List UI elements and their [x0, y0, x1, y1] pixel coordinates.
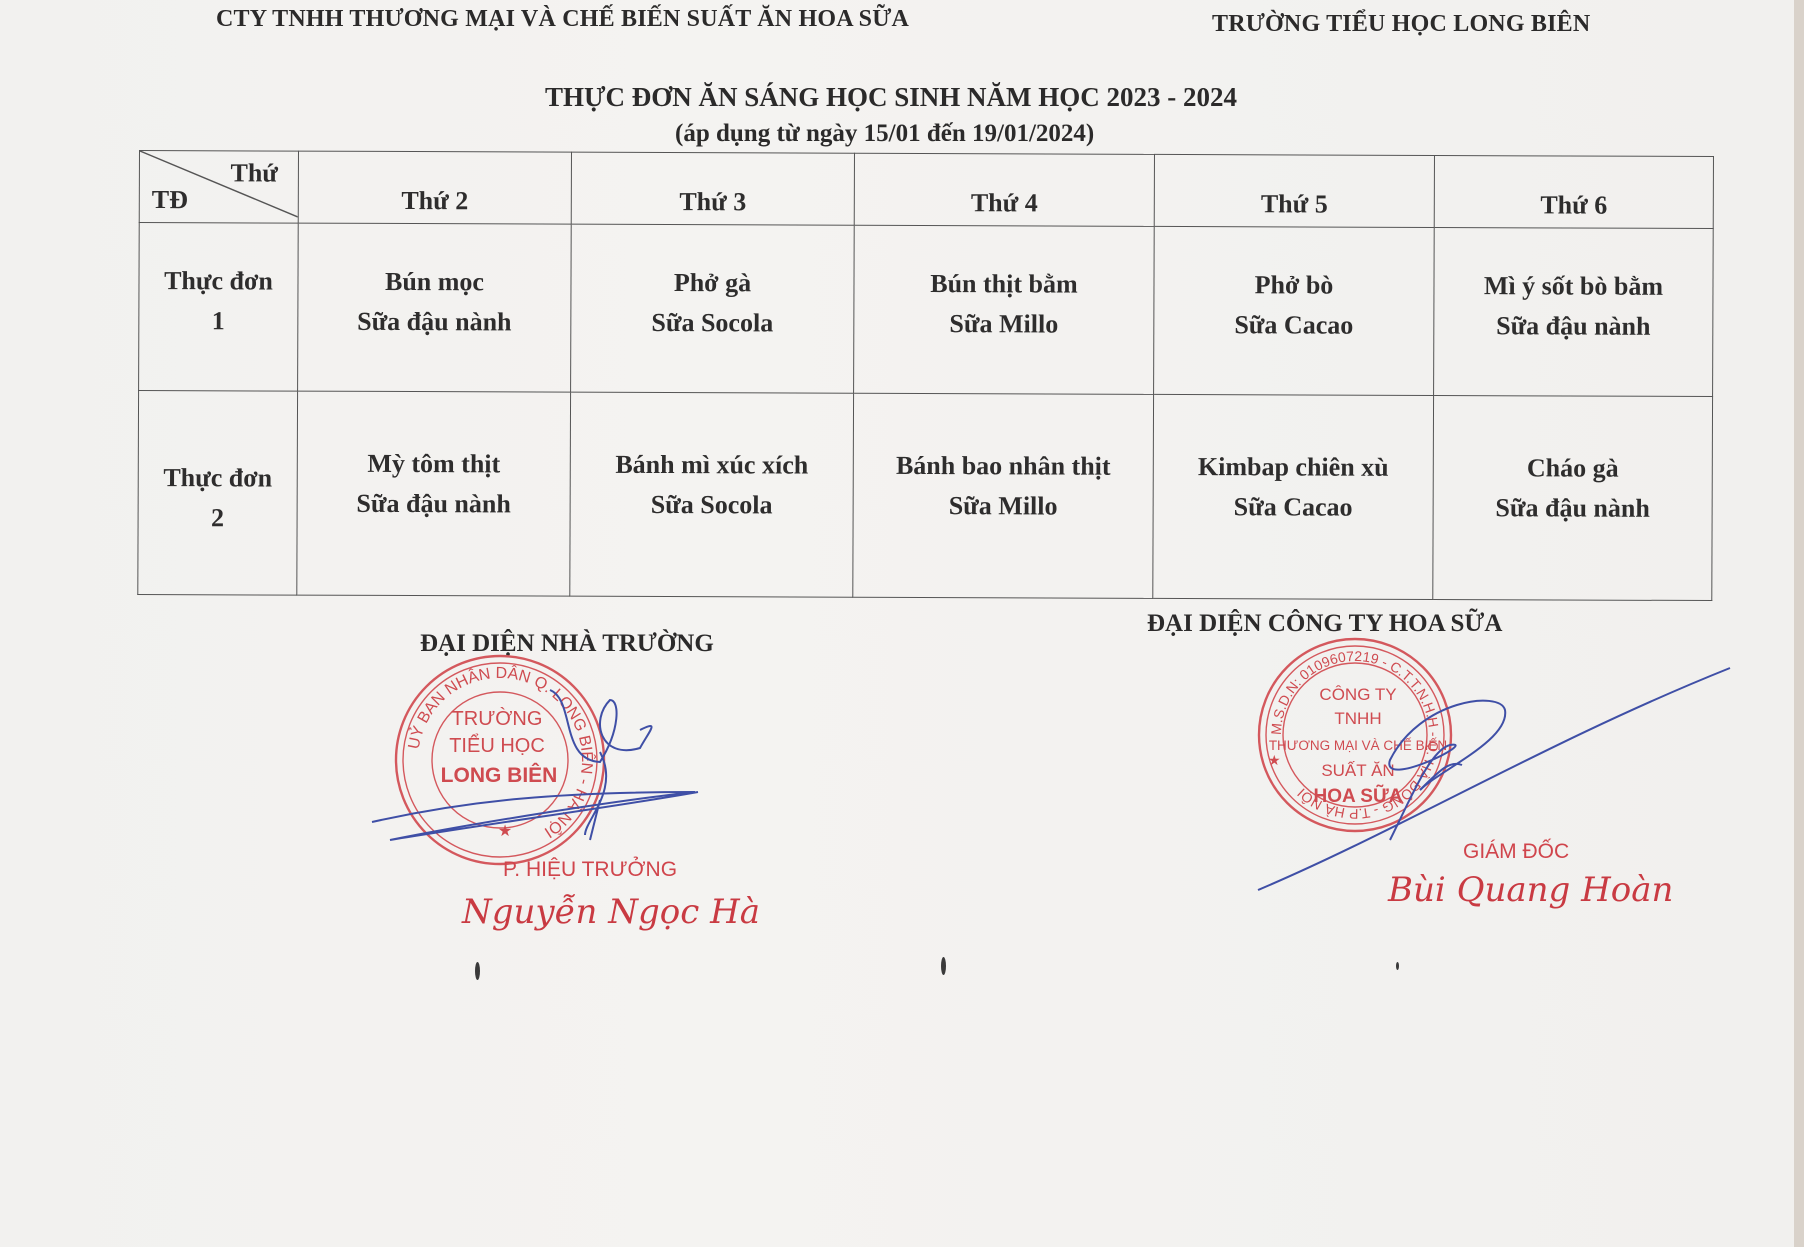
svg-text:TNHH: TNHH: [1334, 709, 1381, 728]
school-signer-name: Nguyễn Ngọc Hà: [462, 892, 760, 932]
svg-text:★: ★: [1268, 752, 1281, 768]
svg-text:★: ★: [498, 823, 512, 840]
svg-text:HOA SỮA: HOA SỮA: [1314, 785, 1403, 807]
svg-text:LONG BIÊN: LONG BIÊN: [441, 763, 558, 787]
print-mark: [1396, 962, 1399, 970]
company-signer-role: GIÁM ĐỐC: [1463, 840, 1569, 864]
svg-text:TIỂU HỌC: TIỂU HỌC: [449, 734, 545, 757]
print-mark: [475, 962, 480, 980]
svg-text:CÔNG TY: CÔNG TY: [1319, 685, 1396, 704]
svg-text:TRƯỜNG: TRƯỜNG: [452, 707, 543, 730]
company-signer-name: Bùi Quang Hoàn: [1388, 870, 1673, 910]
svg-text:THƯƠNG MẠI VÀ CHẾ BIẾN: THƯƠNG MẠI VÀ CHẾ BIẾN: [1269, 738, 1447, 753]
svg-text:SUẤT ĂN: SUẤT ĂN: [1321, 761, 1394, 780]
school-signer-role: P. HIỆU TRƯỞNG: [503, 858, 677, 882]
print-mark: [941, 957, 946, 975]
school-stamp: UỶ BAN NHÂN DÂN Q. LONG BIÊN - HÀ NỘI TR…: [0, 0, 1804, 1247]
company-stamp-circle: M.S.D.N: 0109607219 - C.T.T.N.H.H - Q. H…: [1259, 639, 1451, 831]
